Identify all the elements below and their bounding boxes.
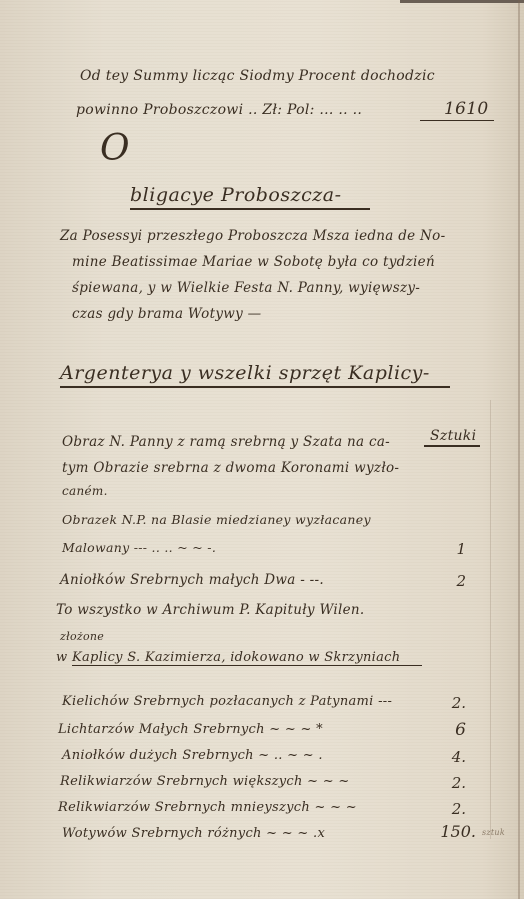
note-line-1: To wszystko w Archiwum P. Kapituły Wilen… <box>56 602 365 618</box>
section1-title: bligacye Proboszcza- <box>130 184 370 210</box>
list-item-6-label: Wotywów Srebrnych różnych ~ ~ ~ .x <box>62 826 325 841</box>
item-1-line-1: Obraz N. Panny z ramą srebrną y Szata na… <box>62 434 390 450</box>
list-item-2-label: Lichtarzów Małych Srebrnych ~ ~ ~ * <box>58 722 323 737</box>
column-header-sztuki: Sztuki <box>424 428 480 447</box>
section1-body-line-3: śpiewana, y w Wielkie Festa N. Panny, wy… <box>72 280 420 296</box>
note-line-2: złożone <box>60 630 104 643</box>
list-item-4-label: Relikwiarzów Srebrnych większych ~ ~ ~ <box>60 774 350 789</box>
section1-body-line-1: Za Posessyi przeszłego Proboszcza Msza i… <box>60 228 445 244</box>
list-item-1-qty: 2. <box>436 694 466 712</box>
list-item-4-qty: 2. <box>436 774 466 792</box>
subheading-prefix: w <box>56 650 67 665</box>
intro-line-2: powinno Proboszczowi .. Zł: Pol: ... .. … <box>76 102 362 118</box>
intro-amount: 1610 <box>420 99 494 121</box>
list-item-3-qty: 4. <box>436 748 466 766</box>
list-item-2-qty: 6 <box>436 720 466 740</box>
list-item-5-label: Relikwiarzów Srebrnych mnieyszych ~ ~ ~ <box>58 800 357 815</box>
item-2-qty: 1 <box>436 540 466 558</box>
subheading: Kaplicy S. Kazimierza, idokowano w Skrzy… <box>72 650 422 666</box>
list-item-6-qty: 150. <box>436 822 476 841</box>
section1-body-line-4: czas gdy brama Wotywy — <box>72 306 261 322</box>
item-2-line-1: Obrazek N.P. na Blasie miedzianey wyzłac… <box>62 512 371 527</box>
section1-title-cap: O <box>100 128 130 169</box>
section1-body-line-2: mine Beatissimae Mariae w Sobotę była co… <box>72 254 435 270</box>
list-item-1-label: Kielichów Srebrnych pozłacanych z Patyna… <box>62 694 392 709</box>
item-2-line-2: Malowany --- .. .. ~ ~ -. <box>62 540 216 555</box>
item-1-line-2: tym Obrazie srebrna z dwoma Koronami wyz… <box>62 460 399 476</box>
list-item-6-suffix: sztuk <box>482 828 505 837</box>
list-item-3-label: Aniołków dużych Srebrnych ~ .. ~ ~ . <box>62 748 323 763</box>
page-top-edge <box>400 0 524 3</box>
item-3-line-1: Aniołków Srebrnych małych Dwa - --. <box>60 572 324 588</box>
margin-rule <box>490 400 491 839</box>
item-1-line-3: caném. <box>62 484 108 498</box>
item-3-qty: 2 <box>436 572 466 590</box>
section2-title: Argenterya y wszelki sprzęt Kaplicy- <box>60 362 450 388</box>
list-item-5-qty: 2. <box>436 800 466 818</box>
page-fold-line <box>518 0 520 899</box>
intro-line-1: Od tey Summy licząc Siodmy Procent docho… <box>80 68 435 84</box>
manuscript-page: Od tey Summy licząc Siodmy Procent docho… <box>0 0 524 899</box>
